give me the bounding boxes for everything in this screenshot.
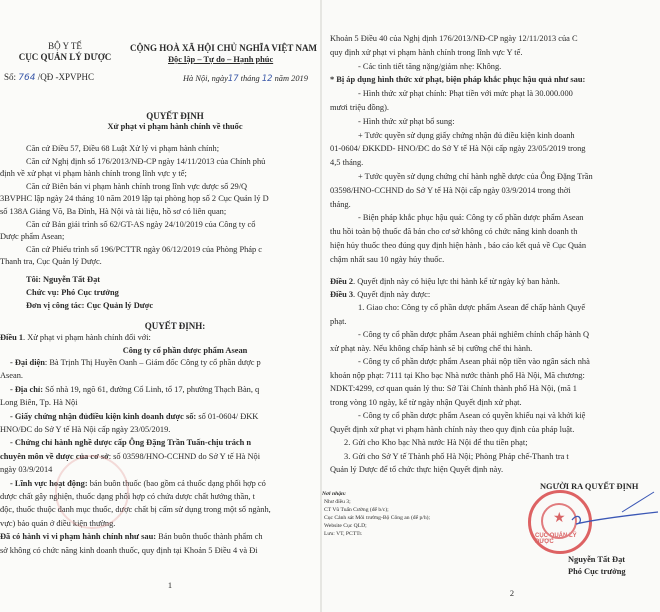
page-number: 2 xyxy=(502,589,522,598)
detail-value: sở không có chức năng kinh doanh thuốc, … xyxy=(0,546,258,555)
page-number: 1 xyxy=(160,581,180,590)
legal-basis-line: Căn cứ Phiếu trình số 196/PCTTR ngày 06/… xyxy=(26,244,262,255)
detail-line: HNO/ĐC do Sở Y tế Hà Nội cấp ngày 23/05/… xyxy=(0,424,170,435)
signature xyxy=(562,490,660,530)
sanction-line: 03598/HNO-CCHND do Sở Y tế Hà Nội cấp ng… xyxy=(330,185,571,196)
article-3-line: 1. Giao cho: Công ty cổ phần dược phẩm A… xyxy=(358,302,585,313)
detail-line: Asean. xyxy=(0,370,23,381)
document-date: Hà Nội, ngày17 tháng 12 năm 2019 xyxy=(183,73,308,83)
legal-basis-line: số 138A Giảng Võ, Ba Đình, Hà Nội và tài… xyxy=(0,206,226,217)
sanction-line: Khoản 5 Điều 40 của Nghị định 176/2013/N… xyxy=(330,33,578,44)
recipient-item: Website Cục QLD; xyxy=(324,523,367,529)
detail-line: - Lĩnh vực hoạt động: bán buôn thuốc (ba… xyxy=(10,478,266,489)
recipients-heading: Nơi nhận: xyxy=(322,491,346,497)
sanction-line: - Hình thức xử phạt bổ sung: xyxy=(358,116,455,127)
sanction-line: + Tước quyền sử dụng giấy chứng nhận đủ … xyxy=(358,130,575,141)
legal-basis-line: Căn cứ Điều 57, Điều 68 Luật Xử lý vi ph… xyxy=(26,143,219,154)
document-page-2: Khoản 5 Điều 40 của Nghị định 176/2013/N… xyxy=(322,0,660,612)
detail-line: chuyên môn về dược của cơ sở: số 03598/H… xyxy=(0,451,260,462)
detail-line: - Đại diện: Bà Trịnh Thị Huyền Oanh – Gi… xyxy=(10,357,261,368)
detail-line: ngày 03/9/2014 xyxy=(0,464,52,475)
legal-basis-line: định về xử phạt vi phạm hành chính trong… xyxy=(0,168,187,179)
country-name: CỘNG HOÀ XÃ HỘI CHỦ NGHĨA VIỆT NAM xyxy=(130,43,317,53)
issuer-name: Nguyễn Tất Đạt xyxy=(568,555,625,564)
detail-line: - Chứng chỉ hành nghề dược cấp Ông Đặng … xyxy=(10,437,251,448)
document-number: Số: 764 /QĐ -XPVPHC xyxy=(4,72,94,83)
article-3-line: NDKT:4299, cơ quan quản lý thu: Sở Tài C… xyxy=(330,383,577,394)
sanction-line: - Các tình tiết tăng nặng/giảm nhẹ: Khôn… xyxy=(358,61,501,72)
detail-value: HNO/ĐC do Sở Y tế Hà Nội cấp ngày 23/05/… xyxy=(0,425,170,434)
faint-stamp-bleedthrough xyxy=(55,455,129,529)
detail-line: - Địa chỉ: Số nhà 19, ngõ 61, đường Cổ L… xyxy=(10,384,259,395)
detail-value: Bán buôn thuốc thành phẩm ch xyxy=(156,532,263,541)
signer-name: Tôi: Nguyễn Tất Đạt xyxy=(26,274,100,285)
recipient-item: Cục Cảnh sát Môi trường-Bộ Công an (để p… xyxy=(324,515,430,521)
sanction-line: * Bị áp dụng hình thức xử phạt, biện phá… xyxy=(330,74,585,85)
article-3-line: 3. Gửi cho Sở Y tế Thành phố Hà Nội; Phò… xyxy=(344,451,569,462)
sanction-line: 01-0604/ ĐKKDD- HNO/ĐC do Sở Y tế Hà Nội… xyxy=(330,143,586,154)
sanction-line: - Hình thức xử phạt chính: Phạt tiền với… xyxy=(358,88,573,99)
company-name: Công ty cổ phần dược phẩm Asean xyxy=(90,345,280,356)
detail-line: - Giấy chứng nhận đủđiều kiện kinh doanh… xyxy=(10,411,258,422)
legal-basis-line: Căn cứ Biên bản vi phạm hành chính trong… xyxy=(26,181,247,192)
article-3: Điều 3. Quyết định này được: xyxy=(330,289,430,300)
sanction-line: thu hồi toàn bộ thuốc đã bán cho cơ sở k… xyxy=(330,226,577,237)
article-3-line: 2. Gửi cho Kho bạc Nhà nước Hà Nội để th… xyxy=(344,437,528,448)
article-1: Điều 1. Xử phạt vi phạm hành chính đối v… xyxy=(0,332,151,343)
article-3-line: Quyết định xử phạt vi phạm hành chính nà… xyxy=(330,424,574,435)
detail-value: Số nhà 19, ngõ 61, đường Cổ Linh, tổ 17,… xyxy=(43,385,259,394)
signer-position: Chức vụ: Phó Cục trưởng xyxy=(26,287,119,298)
sanction-line: - Biện pháp khắc phục hậu quả: Công ty c… xyxy=(358,212,584,223)
legal-basis-line: Dược phẩm Asean; xyxy=(0,231,64,242)
recipient-item: Lưu: VT, PCTTr. xyxy=(324,531,362,537)
detail-value: : Bà Trịnh Thị Huyền Oanh – Giám đốc Côn… xyxy=(45,358,261,367)
detail-line: Đã có hành vi vi phạm hành chính như sau… xyxy=(0,531,263,542)
issuer-title: Phó Cục trưởng xyxy=(568,567,626,576)
detail-value: số 01-0604/ ĐKK xyxy=(196,412,258,421)
article-3-line: xử phạt này. Nếu không chấp hành sẽ bị c… xyxy=(330,343,532,354)
agency-name: CỤC QUẢN LÝ DƯỢC xyxy=(6,52,124,62)
article-3-line: khoản nộp phạt: 7111 tại Kho bạc Nhà nướ… xyxy=(330,370,585,381)
detail-label: - Đại diện xyxy=(10,358,45,367)
sanction-line: quy định xử phạt vi phạm hành chính tron… xyxy=(330,47,522,58)
recipient-item: CT Vũ Tuấn Cường (để b/c); xyxy=(324,507,389,513)
article-3-line: trong vòng 10 ngày, kể từ ngày nhận Quyế… xyxy=(330,397,522,408)
decision-title: QUYẾT ĐỊNH xyxy=(120,111,230,121)
sanction-line: 4,5 tháng. xyxy=(330,157,363,168)
document-page-1: BỘ Y TẾ CỤC QUẢN LÝ DƯỢC Số: 764 /QĐ -XP… xyxy=(0,0,322,612)
detail-label: - Địa chỉ: xyxy=(10,385,43,394)
article-2: Điều 2. Quyết định này có hiệu lực thi h… xyxy=(330,276,560,287)
motto: Độc lập – Tự do – Hạnh phúc xyxy=(168,55,273,64)
detail-value: độc, thuốc thuộc danh mục thuốc, dược ch… xyxy=(0,505,271,514)
detail-label: - Chứng chỉ hành nghề dược cấp Ông Đặng … xyxy=(10,438,251,447)
sanction-line: mươi triệu đồng). xyxy=(330,102,389,113)
article-3-line: - Công ty cổ phần dược phẩm Asean phải n… xyxy=(358,329,589,340)
detail-value: Long Biên, Tp. Hà Nội xyxy=(0,398,78,407)
detail-value: Asean. xyxy=(0,371,23,380)
detail-line: sở không có chức năng kinh doanh thuốc, … xyxy=(0,545,258,556)
ministry-name: BỘ Y TẾ xyxy=(20,41,110,51)
legal-basis-line: Căn cứ Nghị định số 176/2013/NĐ-CP ngày … xyxy=(26,156,265,167)
legal-basis-line: Căn cứ Bản giải trình số 62/GT-AS ngày 2… xyxy=(26,219,255,230)
detail-line: độc, thuốc thuộc danh mục thuốc, dược ch… xyxy=(0,504,271,515)
article-3-line: Quản lý Dược để tổ chức thực hiện Quyết … xyxy=(330,464,503,475)
detail-label: Đã có hành vi vi phạm hành chính như sau… xyxy=(0,532,156,541)
detail-value: : số 03598/HNO-CCHND do Sở Y tế Hà Nội xyxy=(109,452,260,461)
decision-subtitle: Xử phạt vi phạm hành chính về thuốc xyxy=(60,122,290,131)
detail-label: - Giấy chứng nhận đủđiều kiện kinh doanh… xyxy=(10,412,196,421)
signer-unit: Đơn vị công tác: Cục Quản lý Dược xyxy=(26,300,153,311)
article-3-line: - Công ty cổ phần dược phẩm Asean có quy… xyxy=(358,410,585,421)
sanction-line: + Tước quyền sử dụng chứng chỉ hành nghề… xyxy=(358,171,593,182)
legal-basis-line: 3BVPHC lập ngày 24 tháng 10 năm 2019 lập… xyxy=(0,193,269,204)
handwritten-number: 764 xyxy=(18,73,35,83)
sanction-line: hiện hủy thuốc theo đúng quy định hiện h… xyxy=(330,240,586,251)
article-3-line: - Công ty cổ phần dược phẩm Asean phải n… xyxy=(358,356,590,367)
sanction-line: chậm nhất sau 10 ngày hủy thuốc. xyxy=(330,254,444,265)
detail-value: ngày 03/9/2014 xyxy=(0,465,52,474)
decision-heading: QUYẾT ĐỊNH: xyxy=(120,321,230,331)
article-3-line: phạt. xyxy=(330,316,347,327)
recipient-item: Như điều 3; xyxy=(324,499,351,505)
sanction-line: tháng. xyxy=(330,199,351,210)
detail-line: Long Biên, Tp. Hà Nội xyxy=(0,397,78,408)
legal-basis-line: Thanh tra, Cục Quản lý Dược. xyxy=(0,256,102,267)
